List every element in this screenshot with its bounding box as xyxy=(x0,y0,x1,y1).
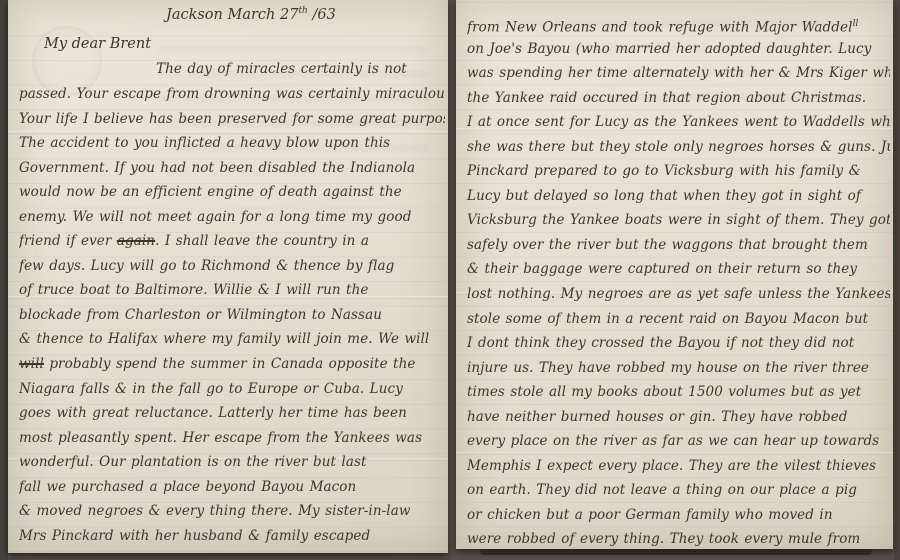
letter-line: Government. If you had not been disabled… xyxy=(19,156,445,181)
letter-body-left: passed. Your escape from drowning was ce… xyxy=(19,82,445,548)
photo-background-edge xyxy=(0,0,8,560)
letter-line: she was there but they stole only negroe… xyxy=(467,135,890,160)
letter-line: Memphis I expect every place. They are t… xyxy=(467,454,890,479)
letter-line: The accident to you inflicted a heavy bl… xyxy=(19,131,445,156)
letter-line: have neither burned houses or gin. They … xyxy=(467,405,890,430)
letter-line: Mrs Pinckard with her husband & family e… xyxy=(19,524,445,549)
letter-photograph: Jackson March 27th /63 My dear Brent The… xyxy=(0,0,900,560)
letter-line: injure us. They have robbed my house on … xyxy=(467,356,890,381)
dateline-year: /63 xyxy=(308,7,336,23)
letter-line: fall we purchased a place beyond Bayou M… xyxy=(19,475,445,500)
letter-line: from New Orleans and took refuge with Ma… xyxy=(467,12,890,37)
letter-line: stole some of them in a recent raid on B… xyxy=(467,307,890,332)
letter-line: the Yankee raid occured in that region a… xyxy=(467,86,890,111)
struck-word: again xyxy=(117,233,155,249)
letter-line: & thence to Halifax where my family will… xyxy=(19,327,445,352)
letter-line: passed. Your escape from drowning was ce… xyxy=(19,82,445,107)
letter-salutation: My dear Brent xyxy=(44,36,151,52)
letter-page-right: from New Orleans and took refuge with Ma… xyxy=(456,0,893,549)
letter-line: most pleasantly spent. Her escape from t… xyxy=(19,426,445,451)
letter-line: I dont think they crossed the Bayou if n… xyxy=(467,331,890,356)
letter-page-left: Jackson March 27th /63 My dear Brent The… xyxy=(8,0,448,553)
inserted-letters: ll xyxy=(853,19,859,29)
letter-line: wonderful. Our plantation is on the rive… xyxy=(19,450,445,475)
dateline-text: Jackson March 27 xyxy=(166,7,298,23)
letter-line: & moved negroes & every thing there. My … xyxy=(19,499,445,524)
letter-line: times stole all my books about 1500 volu… xyxy=(467,380,890,405)
letter-line: Lucy but delayed so long that when they … xyxy=(467,184,890,209)
letter-line: Pinckard prepared to go to Vicksburg wit… xyxy=(467,159,890,184)
page-edge-shadow xyxy=(480,549,872,555)
letter-line: on Joe's Bayou (who married her adopted … xyxy=(467,37,890,62)
line-segment: probably spend the summer in Canada oppo… xyxy=(44,356,416,372)
letter-line: blockade from Charleston or Wilmington t… xyxy=(19,303,445,328)
letter-line: Niagara falls & in the fall go to Europe… xyxy=(19,377,445,402)
dateline-superscript: th xyxy=(298,6,307,16)
letter-line: few days. Lucy will go to Richmond & the… xyxy=(19,254,445,279)
letter-line: Your life I believe has been preserved f… xyxy=(19,107,445,132)
line-segment: friend if ever xyxy=(19,233,117,249)
line-segment: from New Orleans and took refuge with Ma… xyxy=(467,20,853,36)
letter-line: safely over the river but the waggons th… xyxy=(467,233,890,258)
letter-line: on earth. They did not leave a thing on … xyxy=(467,478,890,503)
letter-line: I at once sent for Lucy as the Yankees w… xyxy=(467,110,890,135)
letter-line: would now be an efficient engine of deat… xyxy=(19,180,445,205)
letter-line: friend if ever again. I shall leave the … xyxy=(19,229,445,254)
letter-line: of truce boat to Baltimore. Willie & I w… xyxy=(19,278,445,303)
photo-background-edge xyxy=(894,0,900,560)
letter-dateline: Jackson March 27th /63 xyxy=(166,6,336,23)
letter-line: & their baggage were captured on their r… xyxy=(467,257,890,282)
letter-line: will probably spend the summer in Canada… xyxy=(19,352,445,377)
letter-line: was spending her time alternately with h… xyxy=(467,61,890,86)
letter-line: goes with great reluctance. Latterly her… xyxy=(19,401,445,426)
letter-line: or chicken but a poor German family who … xyxy=(467,503,890,528)
letter-line: enemy. We will not meet again for a long… xyxy=(19,205,445,230)
letter-line: The day of miracles certainly is not xyxy=(156,57,407,82)
struck-word: will xyxy=(19,356,44,372)
letter-body-right: from New Orleans and took refuge with Ma… xyxy=(467,12,890,552)
letter-line: lost nothing. My negroes are as yet safe… xyxy=(467,282,890,307)
letter-line: Vicksburg the Yankee boats were in sight… xyxy=(467,208,890,233)
line-segment: . I shall leave the country in a xyxy=(155,233,369,249)
letter-line: every place on the river as far as we ca… xyxy=(467,429,890,454)
